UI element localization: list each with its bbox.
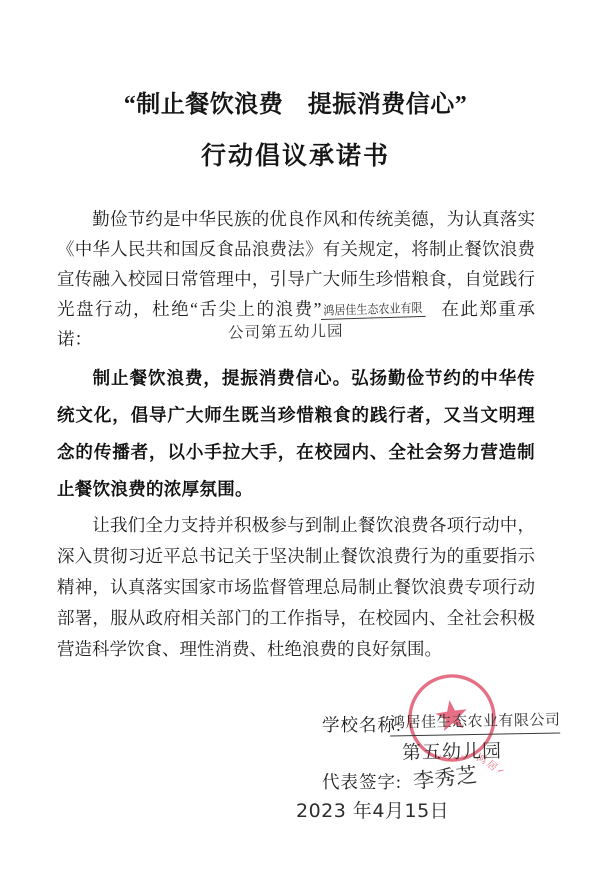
date-handwritten: 2023 年4月15日 bbox=[296, 796, 449, 823]
paragraph-commitment: 制止餐饮浪费，提振消费信心。弘扬勤俭节约的中华传统文化，倡导广大师生既当珍惜粮食… bbox=[57, 360, 535, 508]
document-page: “制止餐饮浪费 提振消费信心” 行动倡议承诺书 勤俭节约是中华民族的优良作风和传… bbox=[0, 0, 591, 886]
representative-signature-handwritten: 李秀芝 bbox=[412, 759, 479, 796]
handwritten-school-name-inline: 鸿居佳生态农业有限 bbox=[321, 301, 426, 320]
school-name-handwritten: 鸿居佳生态农业有限公司 bbox=[390, 709, 560, 737]
paragraph-commitment-text: 制止餐饮浪费，提振消费信心。弘扬勤俭节约的中华传统文化，倡导广大师生既当珍惜粮食… bbox=[57, 368, 535, 499]
paragraph-action-pledge-text: 让我们全力支持并积极参与到制止餐饮浪费各项行动中，深入贯彻习近平总书记关于坚决制… bbox=[57, 515, 535, 659]
document-title-line1: “制止餐饮浪费 提振消费信心” bbox=[0, 84, 591, 119]
document-title-line2: 行动倡议承诺书 bbox=[0, 136, 591, 172]
handwritten-school-name-inline-line2: 公司第五幼儿园 bbox=[228, 319, 344, 343]
representative-signature-label: 代表签字: bbox=[322, 769, 402, 794]
paragraph-action-pledge: 让我们全力支持并积极参与到制止餐饮浪费各项行动中，深入贯彻习近平总书记关于坚决制… bbox=[57, 510, 535, 665]
